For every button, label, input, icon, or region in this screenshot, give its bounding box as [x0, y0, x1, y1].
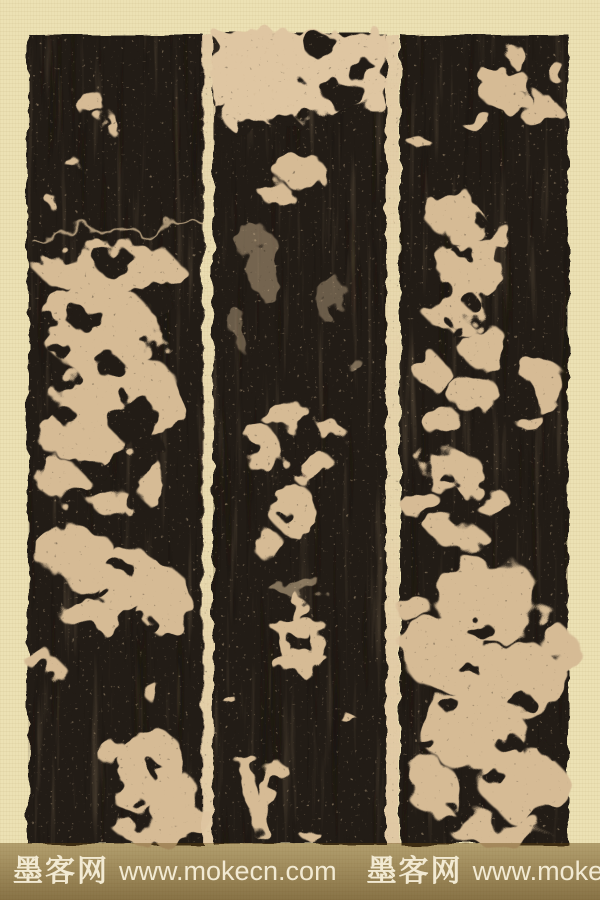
watermark-url: www.mokecn.com — [473, 858, 600, 885]
watermark-site-name: 墨客网 — [367, 857, 463, 887]
watermark-item-2: 墨客网 www.mokecn.com — [367, 857, 600, 887]
watermark-item-1: 墨客网 www.mokecn.com — [13, 857, 337, 887]
watermark-site-name: 墨客网 — [13, 857, 109, 887]
watermark-url: www.mokecn.com — [119, 858, 337, 885]
watermark-bar: 墨客网 www.mokecn.com 墨客网 www.mokecn.com — [0, 843, 600, 900]
rubbing-artwork — [0, 0, 600, 900]
rubbing-scan-page: 墨客网 www.mokecn.com 墨客网 www.mokecn.com — [0, 0, 600, 900]
speckle-overlay — [28, 34, 568, 844]
